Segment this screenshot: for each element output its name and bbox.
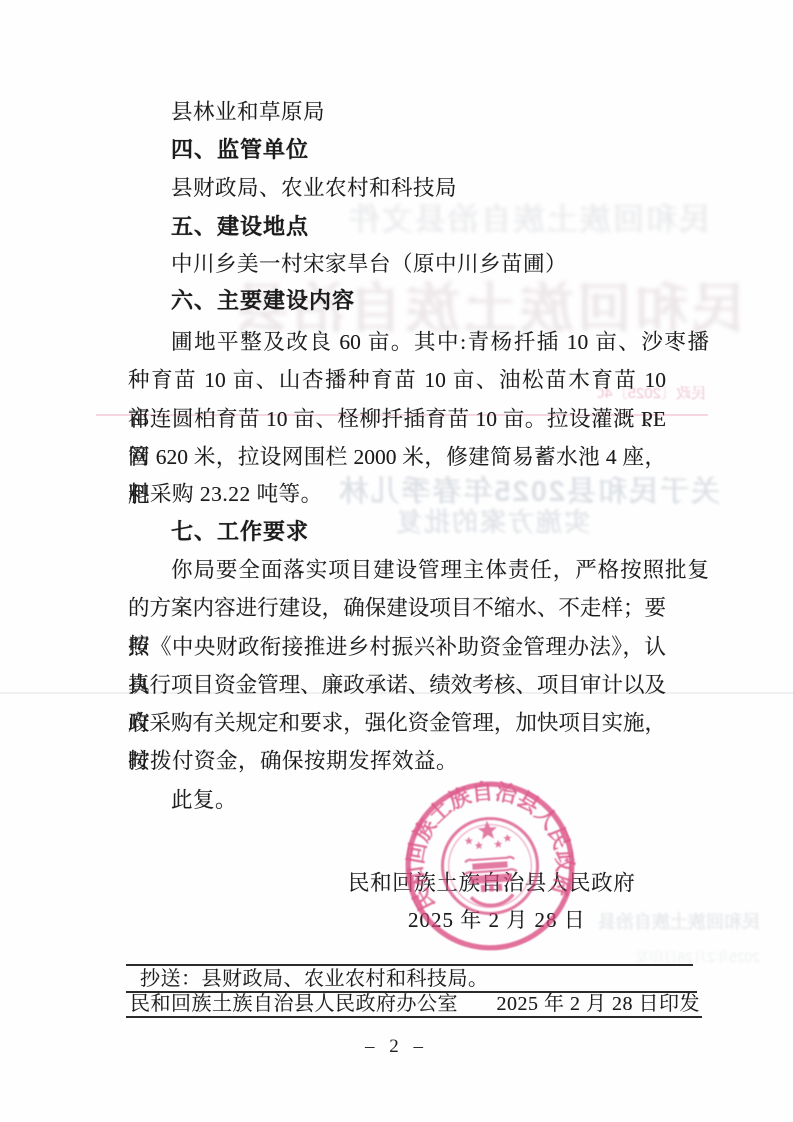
body-line-content-4: 网 620 米，拉设网围栏 2000 米，修建简易蓄水池 4 座，肥 <box>128 438 666 476</box>
body-line-unit: 县林业和草原局 <box>128 93 709 131</box>
seal-national-emblem-icon <box>439 815 540 916</box>
footer-rule-top <box>126 964 693 966</box>
svg-text:民和回族土族自治县人民政府: 民和回族土族自治县人民政府 <box>397 773 580 916</box>
heading-section-5: 五、建设地点 <box>128 208 709 246</box>
body-line-content-1: 圃地平整及改良 60 亩。其中:青杨扦插 10 亩、沙枣播 <box>128 323 709 361</box>
bleed-through-right-small1: 民和回族土族自治县 <box>585 908 760 934</box>
body-line-supervisors: 县财政局、农业农村和科技局 <box>128 169 709 207</box>
body-line-req-2: 的方案内容进行建设，确保建设项目不缩水、不走样；要按 <box>128 589 666 627</box>
body-line-content-5: 料采购 23.22 吨等。 <box>128 475 666 513</box>
heading-section-7: 七、工作要求 <box>128 513 709 551</box>
seal-ring-text: 民和回族土族自治县人民政府 <box>397 773 580 916</box>
page-number: – 2 – <box>0 1036 793 1058</box>
body-line-req-5: 府采购有关规定和要求，强化资金管理，加快项目实施，按 <box>128 704 666 742</box>
body-line-req-1: 你局要全面落实项目建设管理主体责任，严格按照批复 <box>128 551 709 589</box>
body-line-content-3: 祁连圆柏育苗 10 亩、柽柳扦插育苗 10 亩。拉设灌溉 PE 管 <box>128 400 666 438</box>
body-line-req-3: 照《中央财政衔接推进乡村振兴补助资金管理办法》，认真 <box>128 628 666 666</box>
footer-rule-bottom <box>126 1016 702 1018</box>
footer-cc-line: 抄送：县财政局、农业农村和科技局。 <box>140 967 489 991</box>
footer-print-date: 2025 年 2 月 28 日印发 <box>497 993 701 1015</box>
heading-section-4: 四、监管单位 <box>128 131 709 169</box>
body-line-req-4: 执行项目资金管理、廉政承诺、绩效考核、项目审计以及政 <box>128 666 666 704</box>
body-line-req-6: 时拨付资金，确保按期发挥效益。 <box>128 742 666 780</box>
footer-office-name: 民和回族土族自治县人民政府办公室 <box>130 993 458 1015</box>
footer-office-row: 民和回族土族自治县人民政府办公室 2025 年 2 月 28 日印发 <box>130 993 700 1015</box>
heading-section-6: 六、主要建设内容 <box>128 282 709 320</box>
scanned-document-page: 民和回族土族自治县文件 民和回族土族自治县人民政府 民政〔2025〕40号 关于… <box>0 0 793 1122</box>
body-line-content-2: 种育苗 10 亩、山杏播种育苗 10 亩、油松苗木育苗 10 亩、 <box>128 361 666 399</box>
official-seal: 民和回族土族自治县人民政府 <box>396 772 584 960</box>
body-line-location: 中川乡美一村宋家旱台（原中川乡苗圃） <box>128 245 709 283</box>
